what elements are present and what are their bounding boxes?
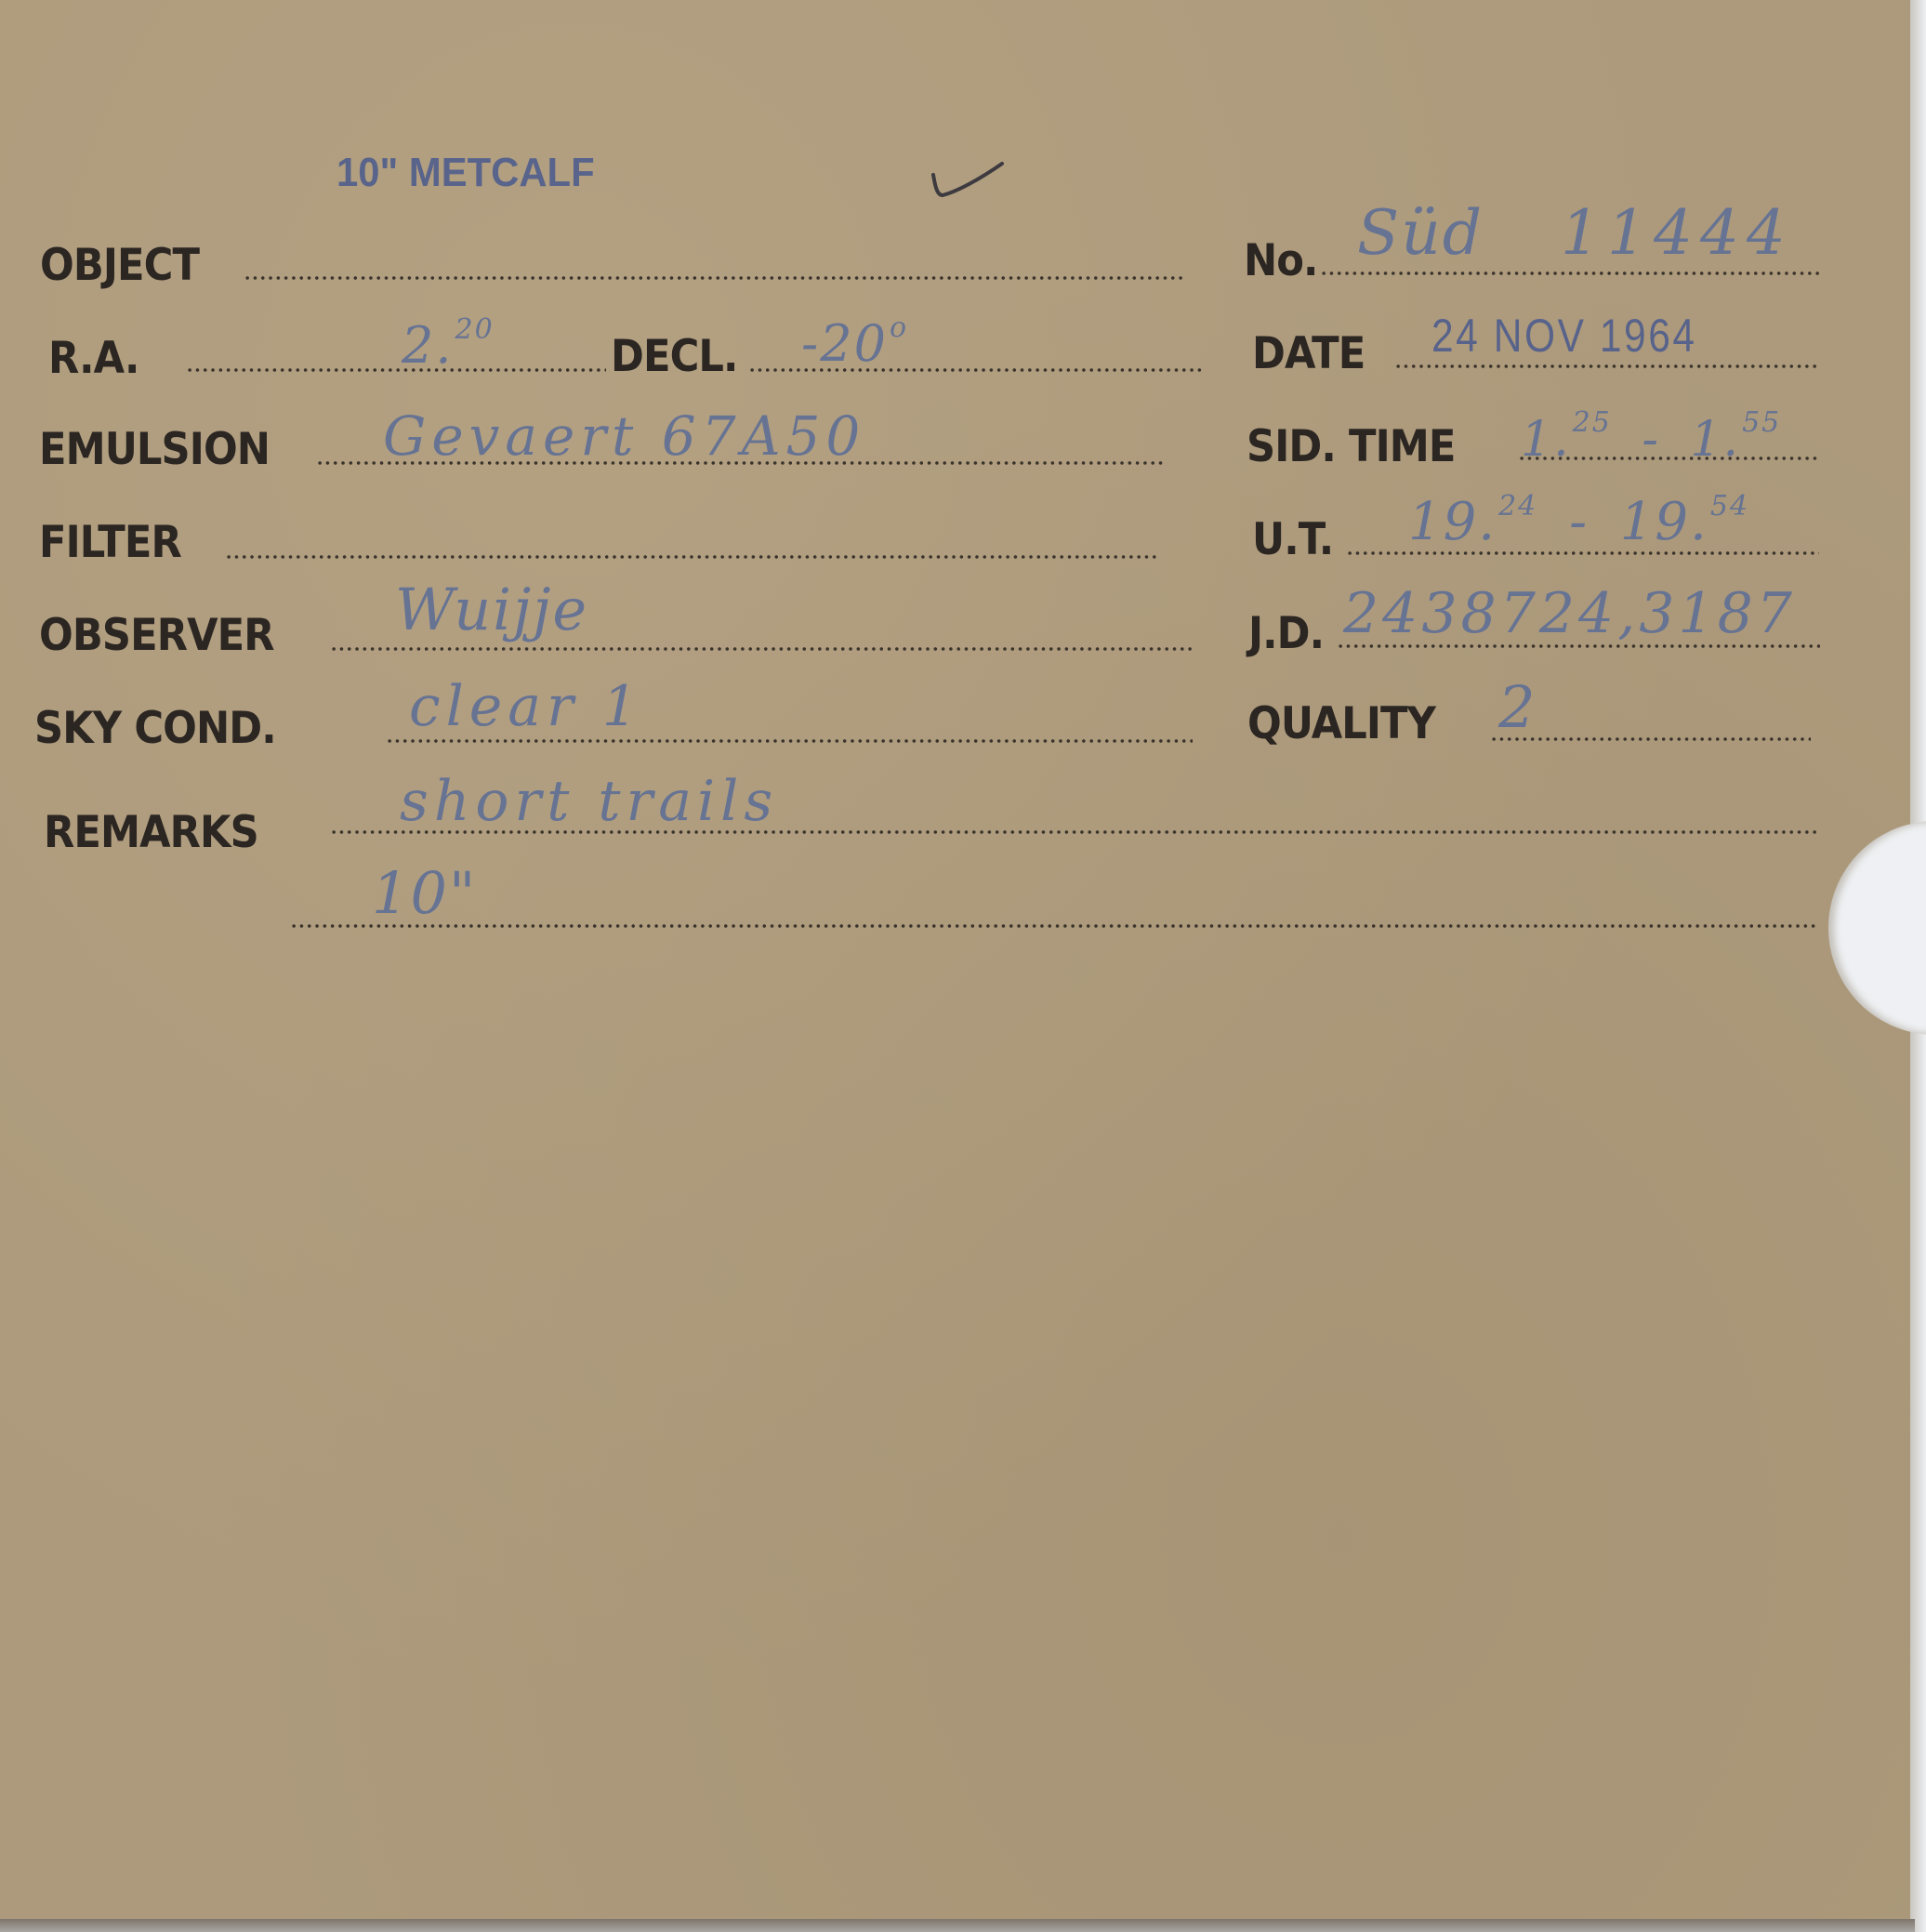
ut-start-minutes: 24: [1498, 490, 1537, 523]
plate-envelope-card: [0, 0, 1915, 1922]
plate-number-value: Süd 11444: [1357, 203, 1793, 264]
jd-label: J.D.: [1248, 612, 1324, 655]
remarks-field-line-2[interactable]: [290, 924, 1817, 928]
sky-cond-label: SKY COND.: [34, 707, 276, 750]
ra-value: 2.20: [402, 316, 495, 371]
card-bottom-edge: [0, 1919, 1915, 1932]
date-field-line[interactable]: [1394, 364, 1819, 368]
decl-degrees: -20: [801, 314, 888, 373]
telescope-stamp: 10" METCALF: [336, 152, 595, 193]
degree-symbol: o: [890, 311, 908, 344]
sid-time-separator: -: [1642, 412, 1660, 468]
check-mark-icon: [930, 158, 1006, 199]
sid-time-end-minutes: 55: [1742, 406, 1781, 439]
plate-series: Süd: [1357, 197, 1484, 269]
emulsion-label: EMULSION: [39, 428, 270, 471]
plate-number-label: No.: [1244, 239, 1318, 283]
decl-label: DECL.: [611, 335, 738, 378]
object-field-line[interactable]: [244, 276, 1185, 280]
ra-field-line[interactable]: [186, 368, 606, 372]
ut-end: 19.: [1620, 492, 1708, 552]
decl-value: -20o: [801, 314, 908, 369]
ut-end-minutes: 54: [1710, 490, 1749, 523]
jd-value: 2438724,3187: [1343, 586, 1796, 642]
sid-time-label: SID. TIME: [1247, 425, 1455, 469]
ra-minutes: 20: [455, 313, 495, 346]
observer-value: Wuijje: [395, 581, 588, 639]
ut-value: 19.24 - 19.54: [1408, 493, 1749, 549]
sid-time-start-minutes: 25: [1573, 406, 1612, 439]
plate-number-field-line[interactable]: [1320, 271, 1819, 275]
ut-separator: -: [1569, 492, 1589, 552]
quality-value: 2: [1498, 679, 1537, 736]
filter-field-line[interactable]: [225, 555, 1159, 559]
sid-time-value: 1.25 - 1.55: [1521, 409, 1781, 464]
remarks-label: REMARKS: [44, 811, 258, 854]
filter-label: FILTER: [39, 521, 181, 564]
quality-field-line[interactable]: [1490, 737, 1811, 741]
date-value-stamp: 24 NOV 1964: [1431, 312, 1697, 359]
observer-label: OBSERVER: [39, 614, 274, 657]
quality-label: QUALITY: [1247, 702, 1435, 746]
plate-number: 11444: [1561, 197, 1793, 269]
remarks-value-line-2: 10": [372, 865, 477, 922]
sky-cond-field-line[interactable]: [386, 739, 1193, 743]
sid-time-end: 1.: [1690, 412, 1740, 468]
ra-label: R.A.: [48, 337, 139, 380]
date-label: DATE: [1252, 332, 1365, 376]
emulsion-value: Gevaert 67A50: [383, 409, 865, 463]
remarks-value-line-1: short trails: [400, 774, 778, 829]
sid-time-start: 1.: [1521, 412, 1571, 468]
sky-cond-value: clear 1: [409, 679, 643, 734]
ut-label: U.T.: [1252, 518, 1333, 562]
observer-field-line[interactable]: [330, 647, 1193, 651]
ra-hours: 2.: [402, 316, 454, 375]
object-label: OBJECT: [40, 244, 199, 287]
ut-start: 19.: [1408, 492, 1497, 552]
